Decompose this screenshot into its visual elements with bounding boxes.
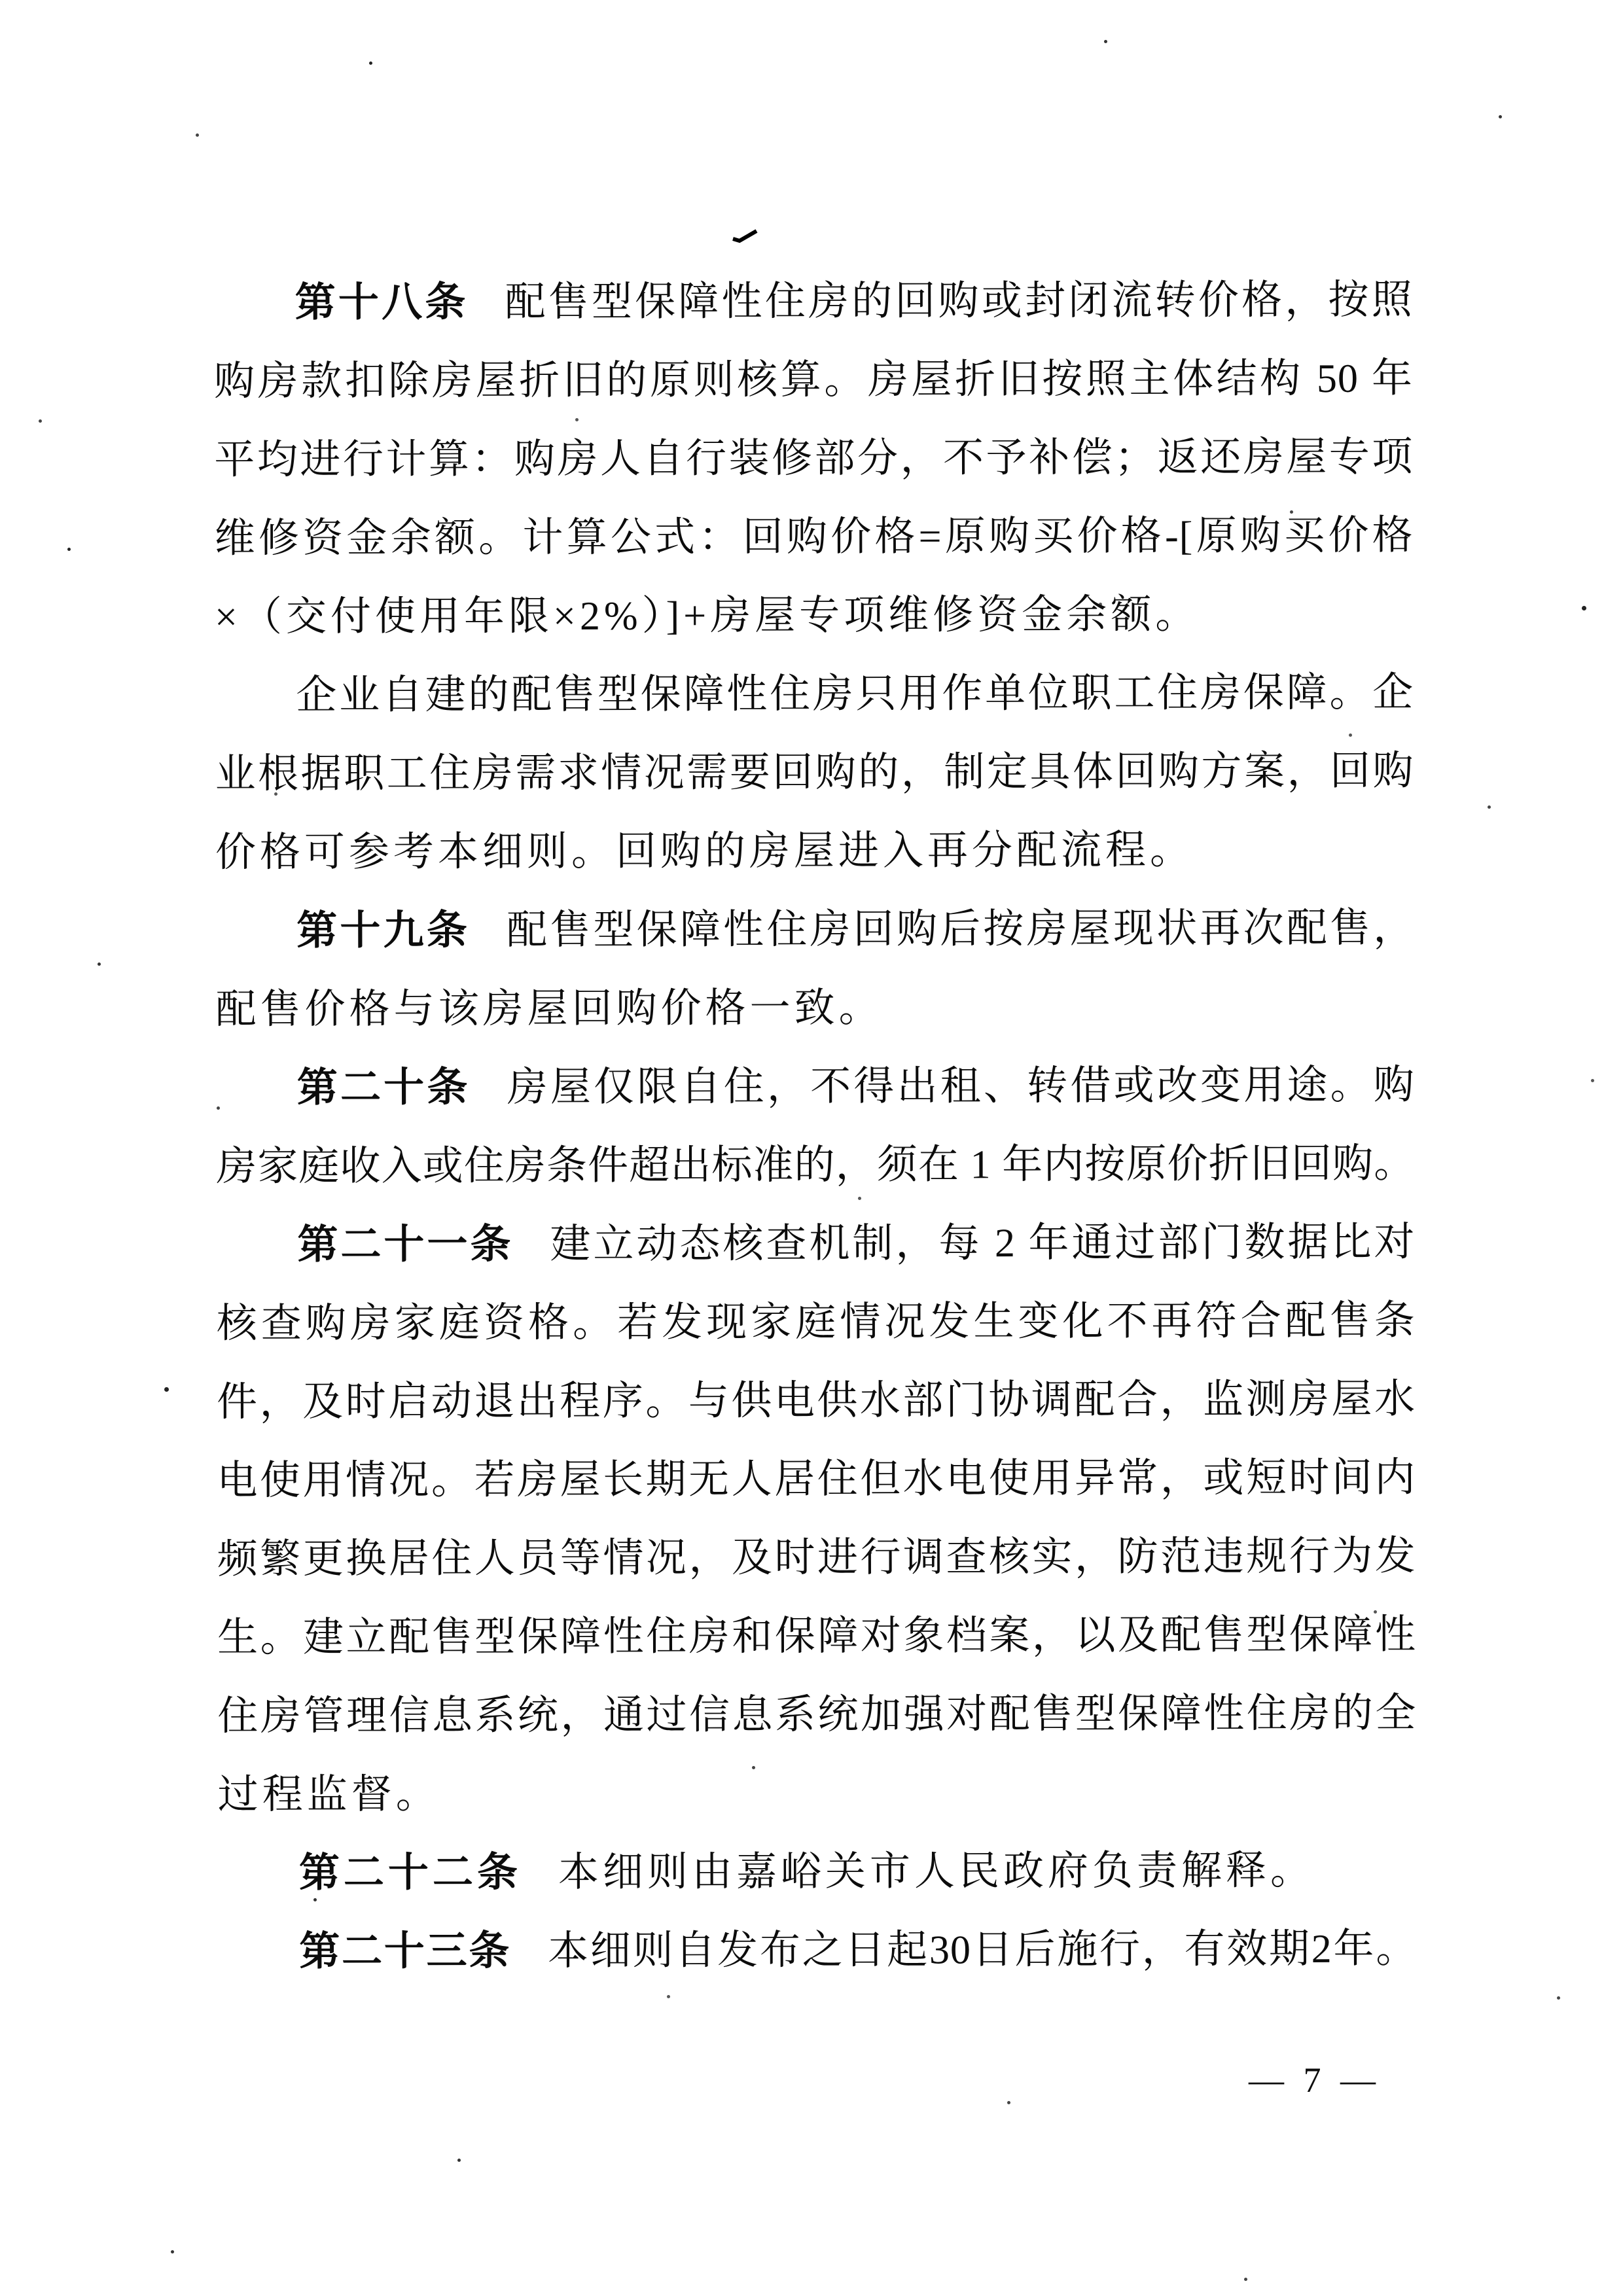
page-number: — 7 — [1249, 2060, 1381, 2100]
text-line: 第十九条配售型保障性住房回购后按房屋现状再次配售， [215, 889, 1414, 971]
line-text: 核查购房家庭资格。若发现家庭情况发生变化不再符合配售条 [217, 1299, 1416, 1347]
article-number: 第二十一条 [297, 1222, 513, 1267]
text-line: 维修资金余额。计算公式：回购价格=原购买价格-[原购买价格 [214, 497, 1413, 578]
line-text: 本细则由嘉峪关市人民政府负责解释。 [558, 1848, 1315, 1895]
text-line: 生。建立配售型保障性住房和保障对象档案，以及配售型保障性 [217, 1596, 1416, 1678]
line-text: 价格可参考本细则。回购的房屋进入再分配流程。 [215, 828, 1194, 875]
text-line: 第二十二条本细则由嘉峪关市人民政府负责解释。 [218, 1831, 1417, 1913]
line-text: 企业自建的配售型保障性住房只用作单位职工住房保障。企 [296, 671, 1414, 718]
text-line: 第二十三条本细则自发布之日起30日后施行，有效期2年。 [218, 1910, 1417, 1992]
article-number: 第二十条 [297, 1065, 471, 1110]
text-line: 件，及时启动退出程序。与供电供水部门协调配合，监测房屋水 [217, 1360, 1416, 1442]
text-line: 业根据职工住房需求情况需要回购的，制定具体回购方案，回购 [215, 732, 1414, 814]
text-line: 第二十条房屋仅限自住，不得出租、转借或改变用途。购 [216, 1046, 1415, 1128]
text-line: ×（交付使用年限×2%）]+房屋专项维修资金余额。 [215, 575, 1414, 657]
line-text: 本细则自发布之日起30日后施行，有效期2年。 [548, 1927, 1417, 1973]
text-line: 平均进行计算：购房人自行装修部分，不予补偿；返还房屋专项 [214, 418, 1413, 500]
line-text: 配售型保障性住房的回购或封闭流转价格，按照 [505, 278, 1412, 325]
line-text: 件，及时启动退出程序。与供电供水部门协调配合，监测房屋水 [217, 1377, 1416, 1425]
text-line: 房家庭收入或住房条件超出标准的，须在 1 年内按原价折旧回购。 [216, 1125, 1415, 1207]
text-line: 购房款扣除房屋折旧的原则核算。房屋折旧按照主体结构 50 年 [214, 340, 1413, 421]
line-text: 房屋仅限自住，不得出租、转借或改变用途。购 [507, 1063, 1415, 1110]
text-line: 电使用情况。若房屋长期无人居住但水电使用异常，或短时间内 [217, 1439, 1416, 1521]
text-line: 住房管理信息系统，通过信息系统加强对配售型保障性住房的全 [217, 1674, 1416, 1756]
line-text: 住房管理信息系统，通过信息系统加强对配售型保障性住房的全 [217, 1691, 1416, 1739]
scan-noise-dots [0, 0, 2, 2]
line-text: 频繁更换居住人员等情况，及时进行调查核实，防范违规行为发 [217, 1534, 1416, 1582]
article-number: 第二十三条 [299, 1928, 511, 1974]
article-number: 第二十二条 [299, 1850, 522, 1896]
document-page: 第十八条配售型保障性住房的回购或封闭流转价格，按照购房款扣除房屋折旧的原则核算。… [0, 0, 1623, 2296]
ink-smudge-mark [732, 229, 759, 243]
line-text: 购房款扣除房屋折旧的原则核算。房屋折旧按照主体结构 50 年 [214, 357, 1413, 404]
line-text: 建立动态核查机制，每 2 年通过部门数据比对 [550, 1220, 1415, 1267]
document-text-block: 第十八条配售型保障性住房的回购或封闭流转价格，按照购房款扣除房屋折旧的原则核算。… [214, 261, 1418, 1992]
line-text: 生。建立配售型保障性住房和保障对象档案，以及配售型保障性 [217, 1613, 1416, 1661]
text-line: 核查购房家庭资格。若发现家庭情况发生变化不再符合配售条 [217, 1282, 1416, 1364]
text-line: 企业自建的配售型保障性住房只用作单位职工住房保障。企 [215, 654, 1414, 735]
line-text: 配售型保障性住房回购后按房屋现状再次配售， [507, 906, 1414, 953]
article-number: 第十九条 [296, 908, 470, 953]
scanned-document-page: { "page": { "number": "7", "number_label… [0, 0, 1623, 2296]
text-line: 配售价格与该房屋回购价格一致。 [215, 968, 1414, 1050]
line-text: 房家庭收入或住房条件超出标准的，须在 1 年内按原价折旧回购。 [216, 1142, 1415, 1190]
text-line: 过程监督。 [218, 1753, 1417, 1835]
text-line: 第二十一条建立动态核查机制，每 2 年通过部门数据比对 [216, 1203, 1415, 1285]
text-line: 价格可参考本细则。回购的房屋进入再分配流程。 [215, 811, 1414, 892]
article-number: 第十八条 [295, 279, 469, 325]
line-text: 维修资金余额。计算公式：回购价格=原购买价格-[原购买价格 [215, 514, 1414, 561]
text-line: 第十八条配售型保障性住房的回购或封闭流转价格，按照 [214, 261, 1413, 343]
line-text: 配售价格与该房屋回购价格一致。 [215, 986, 883, 1033]
line-text: ×（交付使用年限×2%）]+房屋专项维修资金余额。 [215, 592, 1200, 639]
line-text: 平均进行计算：购房人自行装修部分，不予补偿；返还房屋专项 [214, 435, 1413, 483]
line-text: 电使用情况。若房屋长期无人居住但水电使用异常，或短时间内 [217, 1456, 1416, 1504]
text-line: 频繁更换居住人员等情况，及时进行调查核实，防范违规行为发 [217, 1517, 1416, 1599]
line-text: 过程监督。 [218, 1773, 440, 1818]
line-text: 业根据职工住房需求情况需要回购的，制定具体回购方案，回购 [215, 749, 1414, 797]
